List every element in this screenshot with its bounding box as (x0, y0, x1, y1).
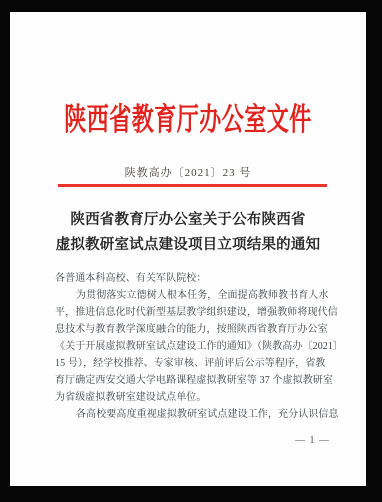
salutation-line: 各普通本科高校、有关军队院校： (55, 270, 337, 287)
body-line: 15 号），经学校推荐、专家审核、评前评后公示等程序，省教 (55, 355, 337, 372)
doc-number: 陕教高办〔2021〕23 号 (10, 164, 366, 180)
scanned-document-photo: { "document": { "header": { "agency_titl… (0, 0, 382, 502)
body-line: 育厅确定西安交通大学电路课程虚拟教研室等 37 个虚拟教研室 (55, 372, 337, 389)
body-line: 各高校要高度重视虚拟教研室试点建设工作，充分认识信息 (55, 406, 337, 423)
body-line: 平，推进信息化时代新型基层教学组织建设，增强教师将现代信 (55, 304, 337, 321)
document-body: 各普通本科高校、有关军队院校： 为贯彻落实立德树人根本任务，全面提高教师教书育人… (55, 270, 337, 423)
body-line: 为贯彻落实立德树人根本任务，全面提高教师教书育人水 (55, 287, 337, 304)
doc-title-line1: 陕西省教育厅办公室关于公布陕西省 (10, 208, 366, 233)
doc-title: 陕西省教育厅办公室关于公布陕西省 虚拟教研室试点建设项目立项结果的通知 (10, 208, 366, 258)
body-line: 《关于开展虚拟教研室试点建设工作的通知》（陕教高办〔2021〕 (55, 338, 337, 355)
document-page: 陕西省教育厅办公室文件 陕教高办〔2021〕23 号 陕西省教育厅办公室关于公布… (10, 12, 366, 486)
page-number: — 1 — (295, 435, 330, 446)
body-line: 为省级虚拟教研室建设试点单位。 (55, 389, 337, 406)
red-divider-line (58, 184, 327, 187)
body-line: 息技术与教育教学深度融合的能力，按照陕西省教育厅办公室 (55, 321, 337, 338)
doc-title-line2: 虚拟教研室试点建设项目立项结果的通知 (10, 233, 366, 258)
agency-header-title: 陕西省教育厅办公室文件 (10, 103, 366, 137)
